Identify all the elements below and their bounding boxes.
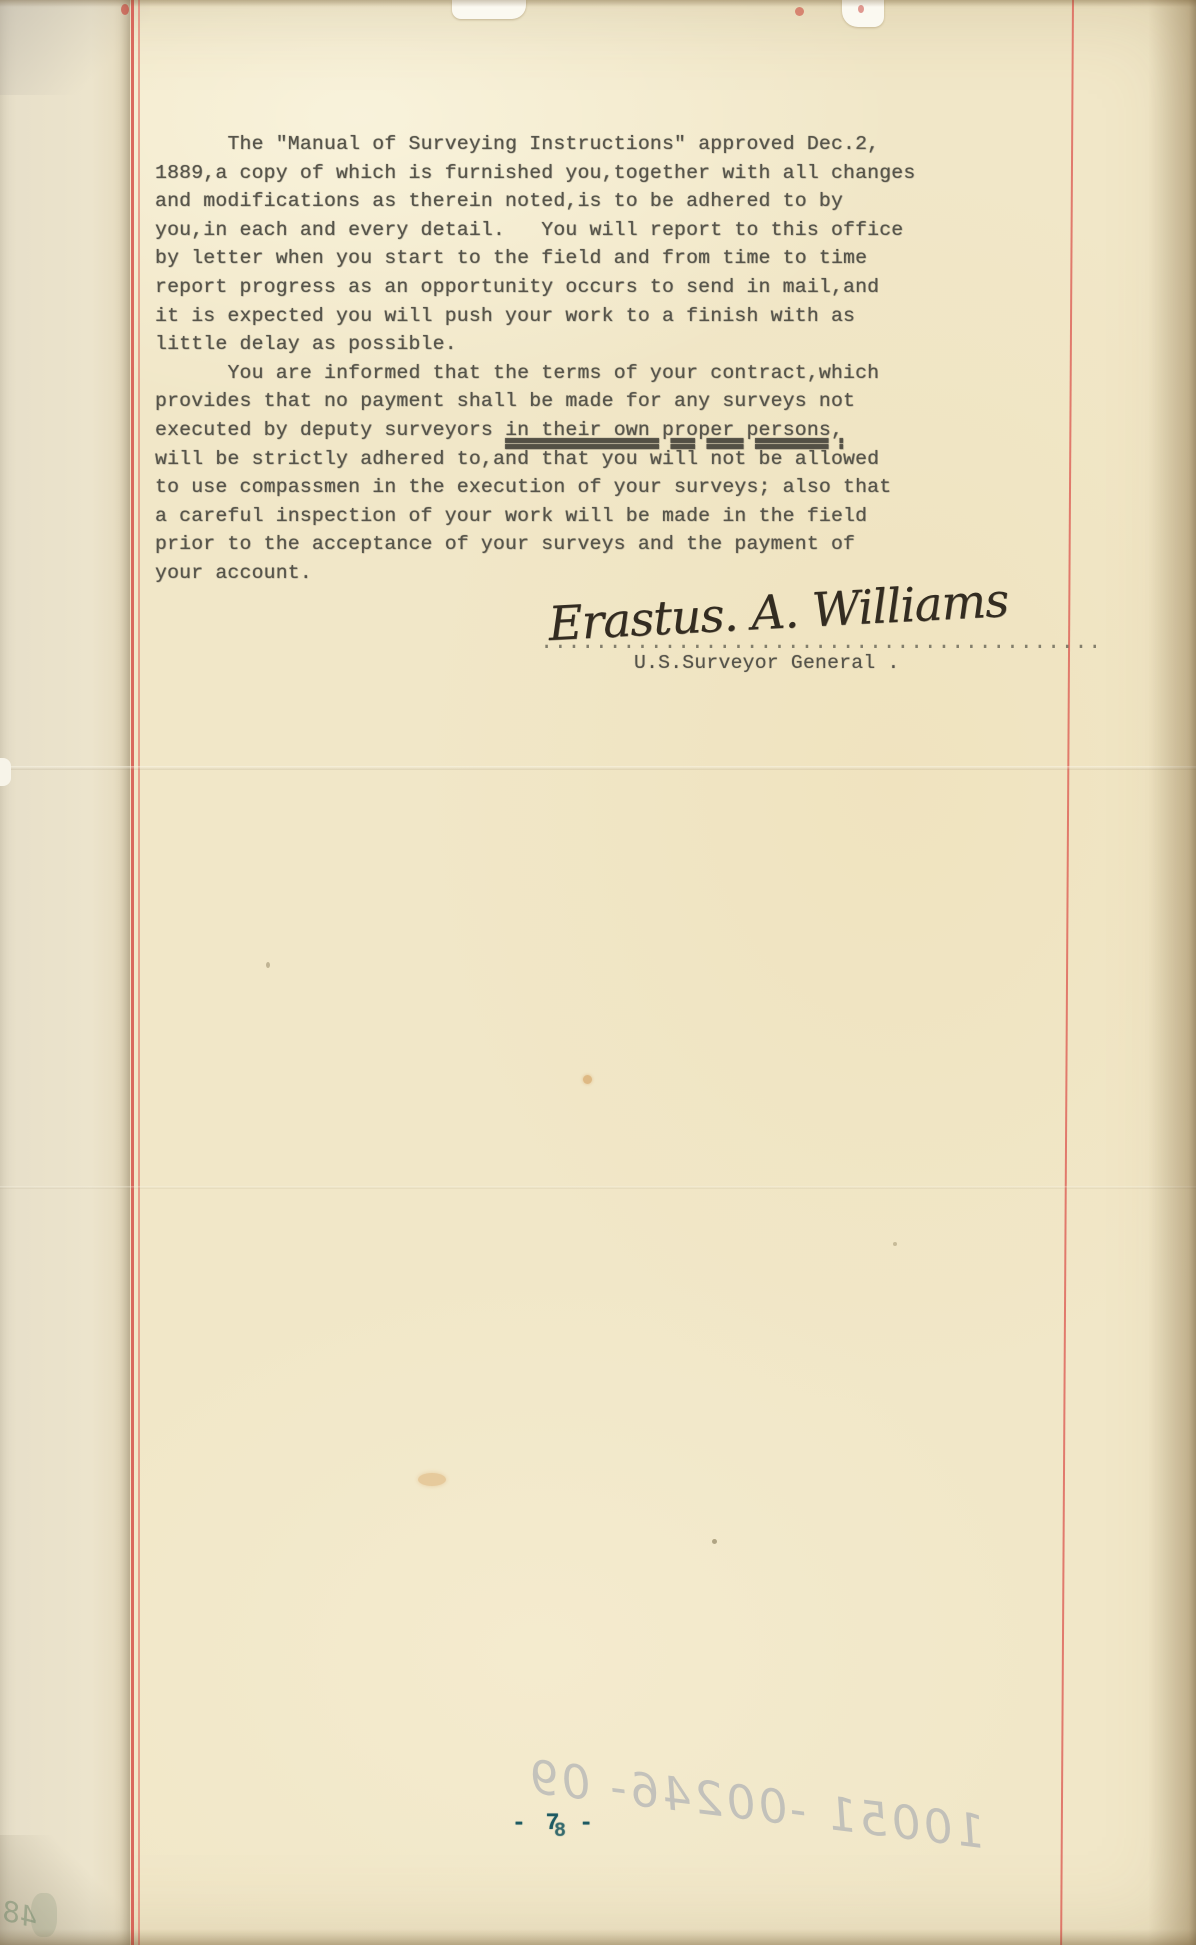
stain-spot [893, 1242, 897, 1246]
bottom-page-edge-shadow [0, 1929, 1196, 1945]
body-text-before-underline: The "Manual of Surveying Instructions" a… [155, 133, 915, 441]
horizontal-fold-crease-upper [0, 766, 1196, 770]
scanned-letter-page: The "Manual of Surveying Instructions" a… [0, 0, 1196, 1945]
left-margin-rule-outer [131, 0, 134, 1945]
red-ink-speck [795, 7, 804, 16]
stain-spot [712, 1539, 717, 1544]
scan-left-edge-strip [0, 0, 130, 1945]
top-page-edge-shadow [0, 0, 1196, 7]
underlined-phrase: in their own proper persons, [505, 419, 843, 441]
left-edge-fold-notch [0, 758, 11, 786]
signature-title: U.S.Surveyor General . [634, 652, 900, 674]
horizontal-fold-crease-lower [0, 1186, 1196, 1189]
top-left-corner-shading [0, 0, 150, 95]
page-number-overstrike-ghost: 8 [554, 1820, 566, 1843]
right-margin-rule [1060, 0, 1074, 1945]
stain-spot [418, 1473, 446, 1486]
right-page-edge-shadow [1148, 0, 1196, 1945]
page-number: - 7 -8 [512, 1810, 596, 1836]
stain-spot [583, 1075, 592, 1084]
letter-body-text: The "Manual of Surveying Instructions" a… [155, 130, 930, 588]
body-text-after-underline: will be strictly adhered to,and that you… [155, 448, 891, 584]
left-margin-rule-inner [138, 0, 140, 1945]
ghost-verso-writing: 10051 -00246- 09 [604, 1759, 988, 1859]
stain-spot [266, 962, 270, 968]
